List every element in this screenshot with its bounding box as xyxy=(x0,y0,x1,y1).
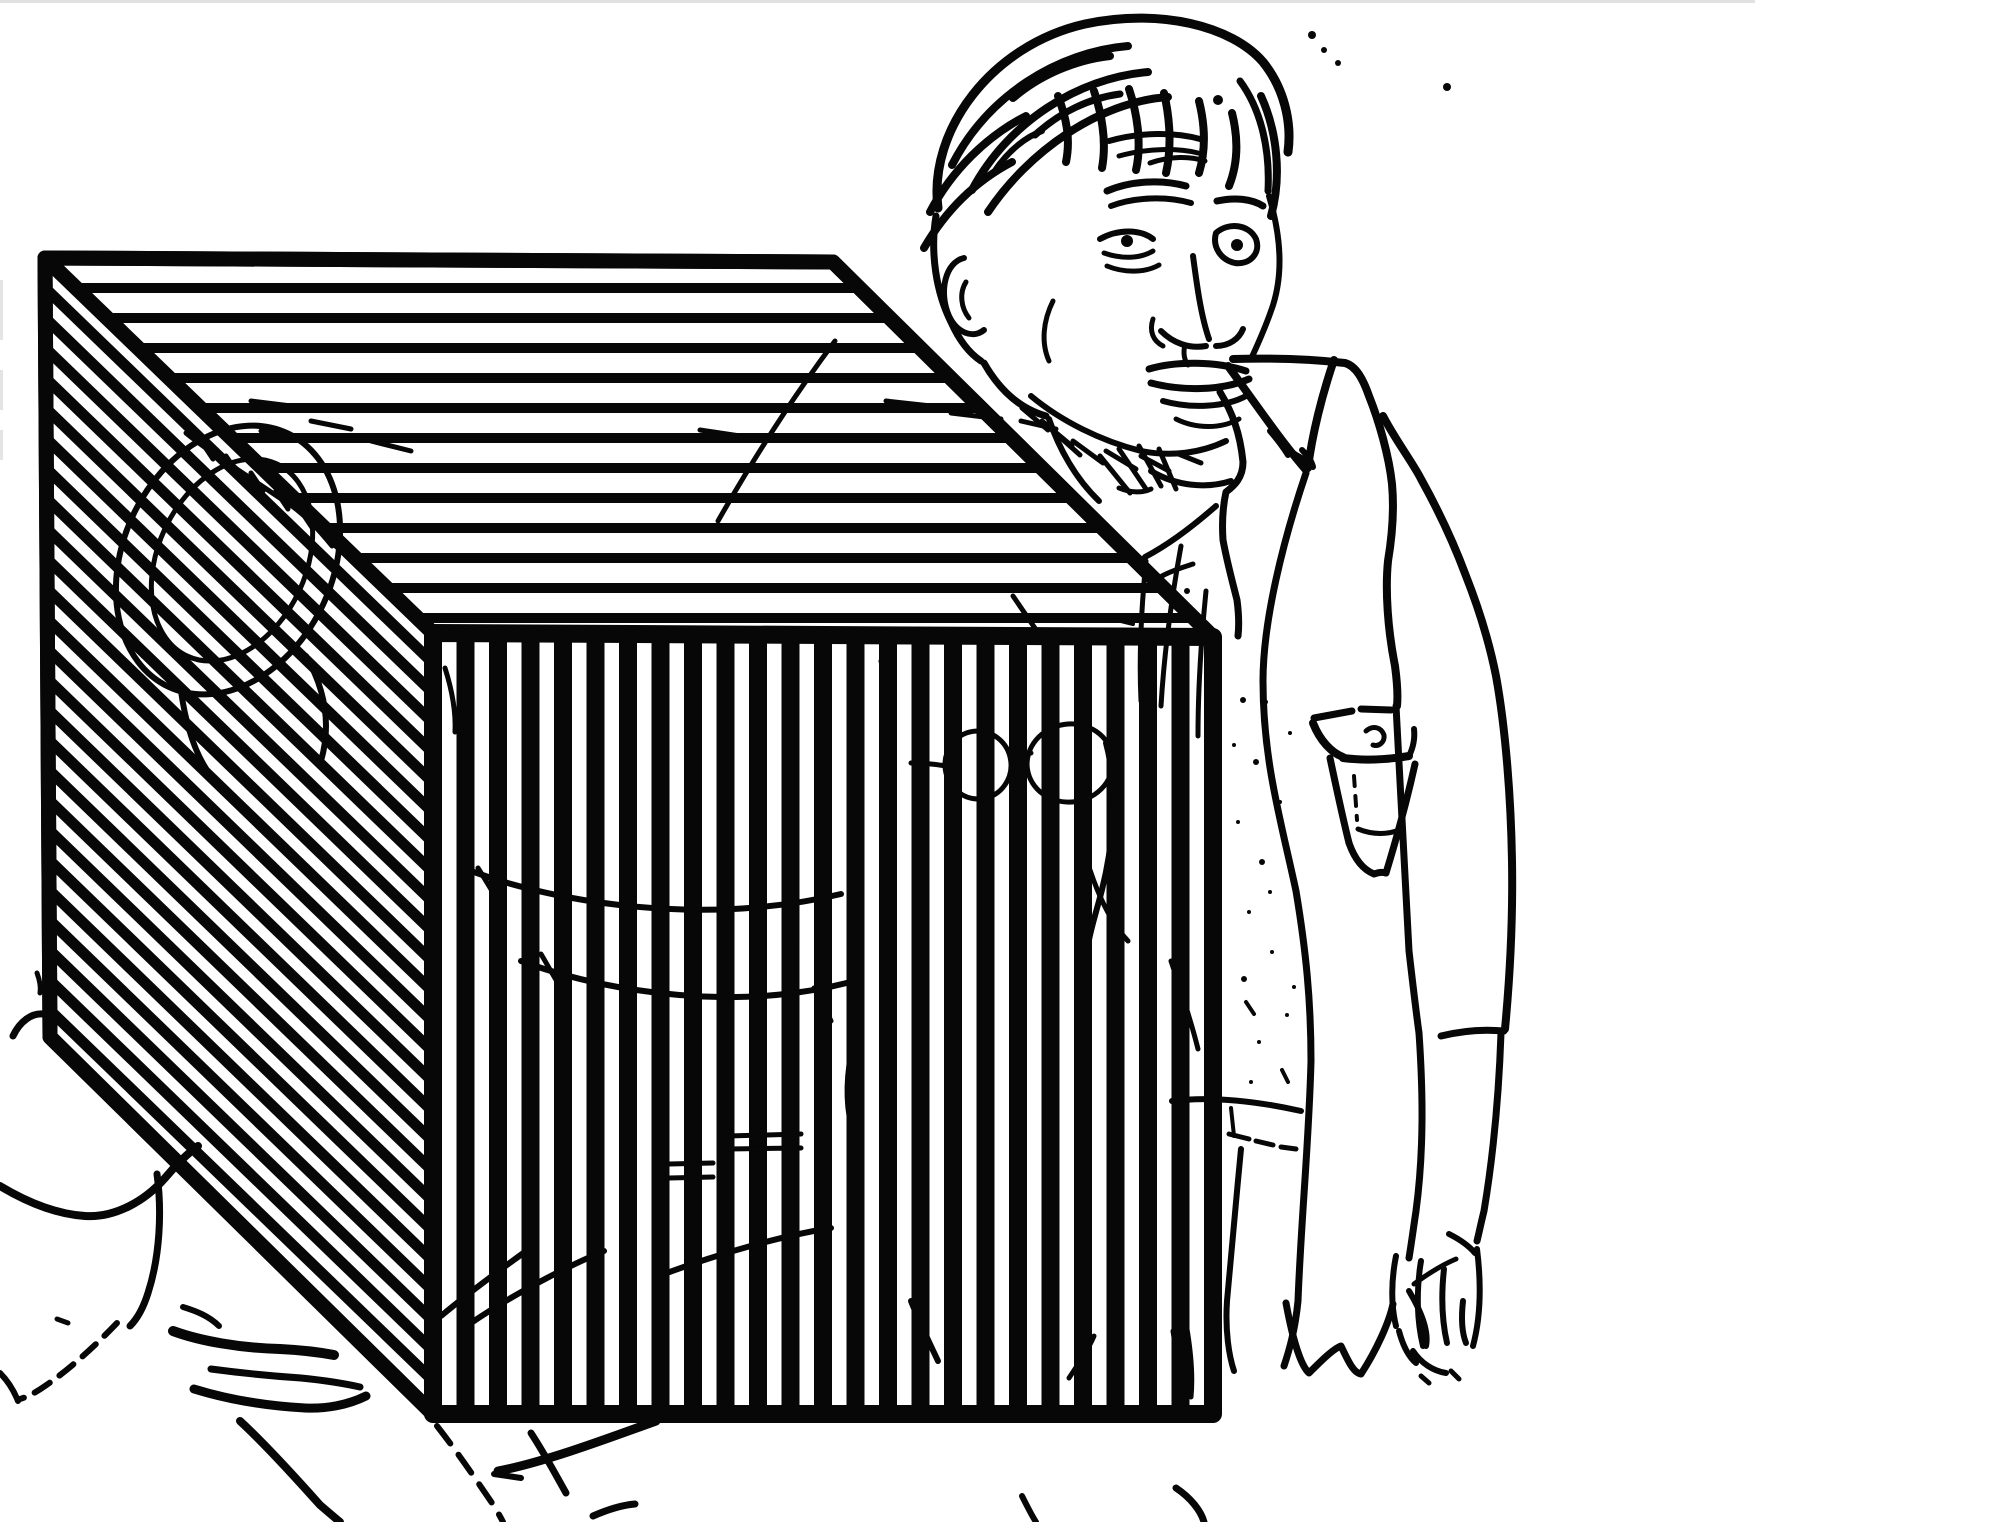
scan-artifact-tick xyxy=(0,430,3,460)
hidden-sketch-stroke xyxy=(911,763,946,766)
man-shirt-dot xyxy=(1240,697,1246,703)
man-hair-dot xyxy=(1308,31,1316,39)
man-shirt-dot xyxy=(1259,859,1265,865)
man-shirt-dot xyxy=(1288,731,1292,735)
man-shirt-dot xyxy=(1292,985,1296,989)
man-hair-dot xyxy=(1213,95,1223,105)
man-shirt-dot xyxy=(1253,759,1259,765)
man-face-dot xyxy=(1231,239,1243,251)
man-hair-dot xyxy=(1443,83,1451,91)
man-face-dot xyxy=(1121,235,1133,247)
hidden-sketch-stroke xyxy=(728,1134,801,1136)
man-shirt-dot xyxy=(1241,976,1247,982)
paper-background xyxy=(0,0,2000,1522)
man-hair-dot xyxy=(1321,47,1327,53)
hidden-sketch-stroke xyxy=(669,1163,713,1164)
man-shirt-dot xyxy=(1249,1080,1253,1084)
man-shirt-dot xyxy=(1247,910,1251,914)
man-shirt-dot xyxy=(1257,1040,1261,1044)
man-shirt-dot xyxy=(1236,820,1240,824)
hidden-sketch-stroke xyxy=(728,1148,801,1149)
man-shirt-dot xyxy=(1264,700,1268,704)
hidden-sketch-stroke xyxy=(669,1177,713,1178)
scan-artifact-tick xyxy=(0,280,3,340)
man-shirt-dot xyxy=(1278,800,1282,804)
man-shirt-stroke xyxy=(1281,1147,1296,1149)
ink-drawing-svg xyxy=(0,0,2000,1522)
man-shirt-dot xyxy=(1270,950,1274,954)
man-shirt-dot xyxy=(1232,743,1236,747)
scan-artifact-tick xyxy=(0,370,3,410)
scan-artifact-line xyxy=(0,0,1755,3)
man-shirt-dot xyxy=(1285,1013,1289,1017)
artwork-canvas xyxy=(0,0,2000,1522)
man-pocket-stroke xyxy=(1361,709,1391,710)
man-hair-dot xyxy=(1335,60,1341,66)
man-neck-dot xyxy=(1184,588,1190,594)
man-pocket-stroke xyxy=(1343,756,1409,759)
man-shirt-dot xyxy=(1268,890,1272,894)
